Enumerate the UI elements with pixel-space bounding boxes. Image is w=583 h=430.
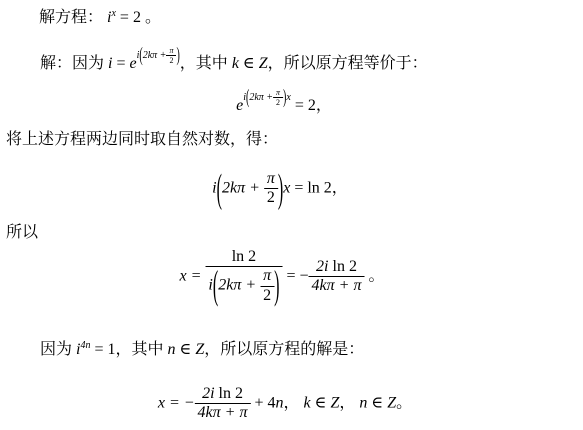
pi-over-2-fraction: π2 [260, 267, 274, 305]
take-log-text: 将上述方程两边同时取自然对数，得： [6, 131, 278, 148]
therefore-text: 所以 [6, 224, 38, 241]
period-mark: 。 [396, 395, 412, 412]
superscript-x: x [111, 8, 115, 21]
fraction-denominator: 2 [273, 97, 283, 107]
fraction-numerator: π [264, 170, 278, 188]
fraction-denominator: 2 [166, 55, 176, 65]
display-eq-x-solution: x = ln 2i(2kπ + π2) = −2i ln 24kπ + π 。 [180, 248, 385, 305]
periodicity-note-line: 因为 i4n = 1，其中 n ∈ Z，所以原方程的解是： [40, 340, 364, 360]
paren-body: 2kπ + [222, 180, 260, 197]
equals-minus: = − [286, 267, 308, 284]
fraction-numerator: 2i ln 2 [309, 258, 365, 276]
comma-and-conclusion: ，所以原方程的解是： [204, 341, 364, 358]
coef-2i: 2i [202, 385, 214, 402]
paren-body: 2kπ + [218, 277, 256, 294]
comma-mark: ， [339, 395, 355, 412]
display-eq-log-applied: i(2kπ + π2)x = ln 2， [212, 170, 348, 208]
display-eq-final-answer: x = −2i ln 24kπ + π + 4n， k ∈ Z， n ∈ Z。 [158, 385, 412, 423]
comma-mark: ， [316, 97, 332, 114]
exp-body: 2kπ + [249, 92, 273, 103]
equals-one: = 1 [94, 341, 115, 358]
superscript-4n: 4n [80, 340, 90, 353]
fraction-numerator: π [273, 88, 283, 97]
comma-and-text: ，其中 [116, 341, 164, 358]
fraction-numerator: π [260, 267, 274, 285]
ln2-text: ln 2 [219, 385, 243, 402]
big-left-paren: ( [217, 166, 222, 216]
big-right-paren: ) [274, 265, 279, 311]
answer-fraction: 2i ln 24kπ + π [195, 385, 251, 423]
big-left-paren: ( [213, 265, 218, 311]
exp-var-x: x [286, 92, 290, 103]
solution-intro-line: 解：因为 i = ei(2kπ +π2)，其中 k ∈ Z，所以原方程等价于： [40, 46, 428, 74]
period-mark: 。 [368, 267, 384, 284]
math-var-e: e [130, 55, 137, 72]
fraction-denominator: i(2kπ + π2) [205, 266, 282, 305]
fraction-numerator: π [166, 46, 176, 55]
n-in-Z: n ∈ Z [168, 341, 205, 358]
exp-right-paren: ) [283, 87, 286, 112]
pi-over-2-fraction: π2 [273, 88, 283, 107]
equals-ln2: = ln 2 [294, 180, 331, 197]
equals-sign: = [116, 55, 125, 72]
comma-mark: ， [332, 180, 348, 197]
math-var-i: i [108, 55, 112, 72]
equals-two: = 2 [295, 97, 316, 114]
math-var-x: x [283, 180, 290, 197]
ln2-text: ln 2 [332, 258, 356, 275]
fraction-denominator: 4kπ + π [309, 276, 365, 295]
k-in-Z: k ∈ Z [304, 395, 340, 412]
display-eq-exponential: ei(2kπ +π2)x = 2， [236, 88, 332, 116]
exponent-block: i(2kπ +π2)x [243, 88, 291, 107]
problem-statement-line: 解方程： ix = 2 。 [39, 8, 161, 28]
equals-two: = 2 [120, 9, 141, 26]
fraction-denominator: 4kπ + π [195, 403, 251, 422]
pi-over-2-fraction: π2 [264, 170, 278, 208]
fraction-numerator: 2i ln 2 [195, 385, 251, 403]
math-var-e: e [236, 97, 243, 114]
exp-body: 2kπ + [143, 50, 167, 61]
big-right-paren: ) [278, 166, 283, 216]
because-text: 因为 [40, 341, 72, 358]
fraction-denominator: 2 [260, 286, 274, 305]
plus-four: + 4 [254, 395, 275, 412]
x-equals-minus: x = − [158, 395, 195, 412]
fraction-numerator: ln 2 [205, 248, 282, 266]
fraction-denominator: 2 [264, 188, 278, 207]
exponent-block: i(2kπ +π2) [137, 46, 180, 65]
take-log-text-line: 将上述方程两边同时取自然对数，得： [6, 130, 278, 150]
k-in-Z: k ∈ Z [232, 55, 268, 72]
exp-left-paren: ( [139, 45, 142, 70]
therefore-text-line: 所以 [6, 223, 38, 243]
n-in-Z: n ∈ Z [359, 395, 396, 412]
comma-and-text: ，其中 [180, 55, 228, 72]
math-var-n: n [276, 395, 284, 412]
main-fraction-2: 2i ln 24kπ + π [309, 258, 365, 296]
pi-over-2-fraction: π2 [166, 46, 176, 65]
exp-right-paren: ) [176, 45, 179, 70]
comma-mark: ， [284, 395, 300, 412]
main-fraction-1: ln 2i(2kπ + π2) [205, 248, 282, 305]
period-mark: 。 [145, 9, 161, 26]
coef-2i: 2i [316, 258, 328, 275]
x-equals: x = [180, 267, 202, 284]
problem-label: 解方程： [39, 9, 103, 26]
exp-left-paren: ( [246, 87, 249, 112]
solution-label: 解：因为 [40, 55, 104, 72]
comma-and-conclusion: ，所以原方程等价于： [268, 55, 428, 72]
